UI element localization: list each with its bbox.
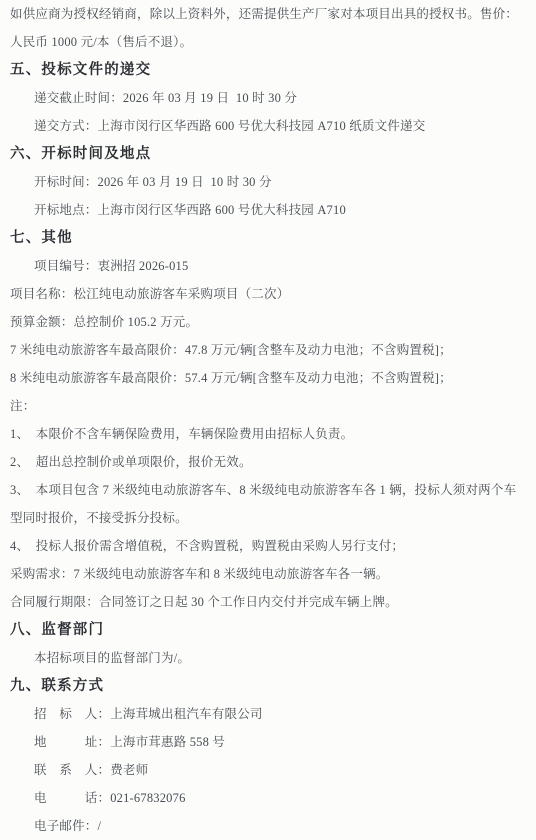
email-line: 电子邮件：/ bbox=[10, 812, 526, 840]
section-heading-submission: 五、投标文件的递交 bbox=[10, 56, 526, 84]
price-cap-8m-line: 8 米纯电动旅游客车最高限价：57.4 万元/辆[含整车及动力电池；不含购置税]… bbox=[10, 364, 526, 392]
tenderer-line: 招 标 人：上海茸城出租汽车有限公司 bbox=[10, 700, 526, 728]
price-cap-7m-line: 7 米纯电动旅游客车最高限价：47.8 万元/辆[含整车及动力电池；不含购置税]… bbox=[10, 336, 526, 364]
section-heading-contact: 九、联系方式 bbox=[10, 672, 526, 700]
note-3-line: 3、 本项目包含 7 米级纯电动旅游客车、8 米级纯电动旅游客车各 1 辆，投标… bbox=[10, 476, 526, 532]
document-page: 如供应商为授权经销商，除以上资料外，还需提供生产厂家对本项目出具的授权书。售价：… bbox=[0, 0, 536, 840]
note-1-line: 1、 本限价不含车辆保险费用，车辆保险费用由招标人负责。 bbox=[10, 420, 526, 448]
opening-location-line: 开标地点：上海市闵行区华西路 600 号优大科技园 A710 bbox=[10, 196, 526, 224]
contact-person-line: 联 系 人：费老师 bbox=[10, 756, 526, 784]
note-2-line: 2、 超出总控制价或单项限价，报价无效。 bbox=[10, 448, 526, 476]
intro-line-2: 人民币 1000 元/本（售后不退）。 bbox=[10, 28, 526, 56]
submission-deadline-line: 递交截止时间：2026 年 03 月 19 日 10 时 30 分 bbox=[10, 84, 526, 112]
procurement-demand-line: 采购需求：7 米级纯电动旅游客车和 8 米级纯电动旅游客车各一辆。 bbox=[10, 560, 526, 588]
contract-period-line: 合同履行期限：合同签订之日起 30 个工作日内交付并完成车辆上牌。 bbox=[10, 588, 526, 616]
supervision-line: 本招标项目的监督部门为/。 bbox=[10, 644, 526, 672]
note-4-line: 4、 投标人报价需含增值税，不含购置税，购置税由采购人另行支付； bbox=[10, 532, 526, 560]
project-number-line: 项目编号：衷洲招 2026-015 bbox=[10, 252, 526, 280]
section-heading-opening: 六、开标时间及地点 bbox=[10, 140, 526, 168]
opening-time-line: 开标时间：2026 年 03 月 19 日 10 时 30 分 bbox=[10, 168, 526, 196]
address-line: 地 址：上海市茸惠路 558 号 bbox=[10, 728, 526, 756]
project-name-line: 项目名称：松江纯电动旅游客车采购项目（二次） bbox=[10, 280, 526, 308]
intro-line-1: 如供应商为授权经销商，除以上资料外，还需提供生产厂家对本项目出具的授权书。售价： bbox=[10, 0, 526, 28]
section-heading-supervision: 八、监督部门 bbox=[10, 616, 526, 644]
submission-method-line: 递交方式：上海市闵行区华西路 600 号优大科技园 A710 纸质文件递交 bbox=[10, 112, 526, 140]
budget-line: 预算金额：总控制价 105.2 万元。 bbox=[10, 308, 526, 336]
phone-line: 电 话：021-67832076 bbox=[10, 784, 526, 812]
section-heading-other: 七、其他 bbox=[10, 224, 526, 252]
notes-label: 注： bbox=[10, 392, 526, 420]
